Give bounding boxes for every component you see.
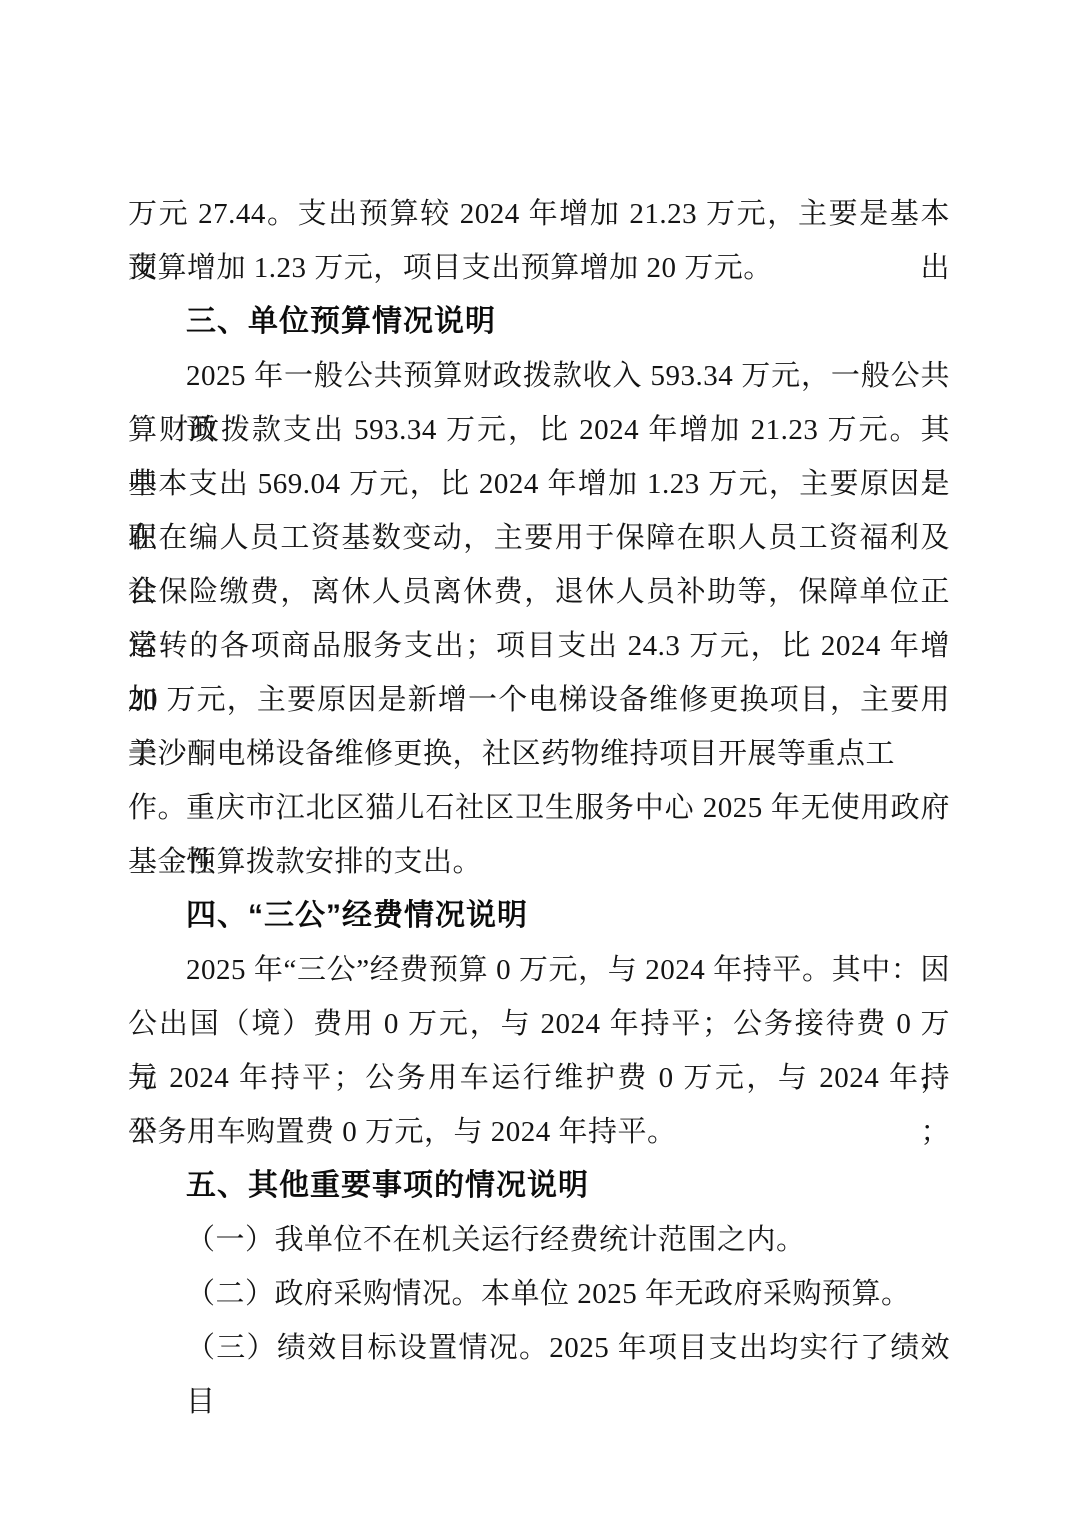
body-line: 运转的各项商品服务支出；项目支出 24.3 万元，比 2024 年增加 — [128, 619, 950, 673]
body-line: 20 万元，主要原因是新增一个电梯设备维修更换项目，主要用于 — [128, 673, 950, 727]
body-line: 与 2024 年持平；公务用车运行维护费 0 万元，与 2024 年持平； — [128, 1051, 950, 1105]
body-line: （一）我单位不在机关运行经费统计范围之内。 — [128, 1213, 950, 1267]
body-line: 会保险缴费，离休人员离休费，退休人员补助等，保障单位正常 — [128, 565, 950, 619]
body-line: （二）政府采购情况。本单位 2025 年无政府采购预算。 — [128, 1267, 950, 1321]
body-line: 职在编人员工资基数变动，主要用于保障在职人员工资福利及社 — [128, 511, 950, 565]
body-line: 公出国（境）费用 0 万元，与 2024 年持平；公务接待费 0 万元， — [128, 997, 950, 1051]
body-line: 基本支出 569.04 万元，比 2024 年增加 1.23 万元，主要原因是在 — [128, 457, 950, 511]
body-line: 美沙酮电梯设备维修更换，社区药物维持项目开展等重点工作。 — [128, 727, 950, 781]
text-block: 万元 27.44。支出预算较 2024 年增加 21.23 万元，主要是基本支出… — [128, 187, 950, 1375]
section-heading-3: 三、单位预算情况说明 — [128, 295, 950, 349]
body-line: 2025 年一般公共预算财政拨款收入 593.34 万元，一般公共预 — [128, 349, 950, 403]
body-line: （三）绩效目标设置情况。2025 年项目支出均实行了绩效目 — [128, 1321, 950, 1375]
body-line: 基金预算拨款安排的支出。 — [128, 835, 950, 889]
body-line: 算财政拨款支出 593.34 万元，比 2024 年增加 21.23 万元。其中… — [128, 403, 950, 457]
body-line: 2025 年“三公”经费预算 0 万元，与 2024 年持平。其中：因 — [128, 943, 950, 997]
document-page: 万元 27.44。支出预算较 2024 年增加 21.23 万元，主要是基本支出… — [0, 0, 1074, 1520]
body-line: 重庆市江北区猫儿石社区卫生服务中心 2025 年无使用政府性 — [128, 781, 950, 835]
section-heading-5: 五、其他重要事项的情况说明 — [128, 1159, 950, 1213]
body-line: 万元 27.44。支出预算较 2024 年增加 21.23 万元，主要是基本支出 — [128, 187, 950, 241]
section-heading-4: 四、“三公”经费情况说明 — [128, 889, 950, 943]
